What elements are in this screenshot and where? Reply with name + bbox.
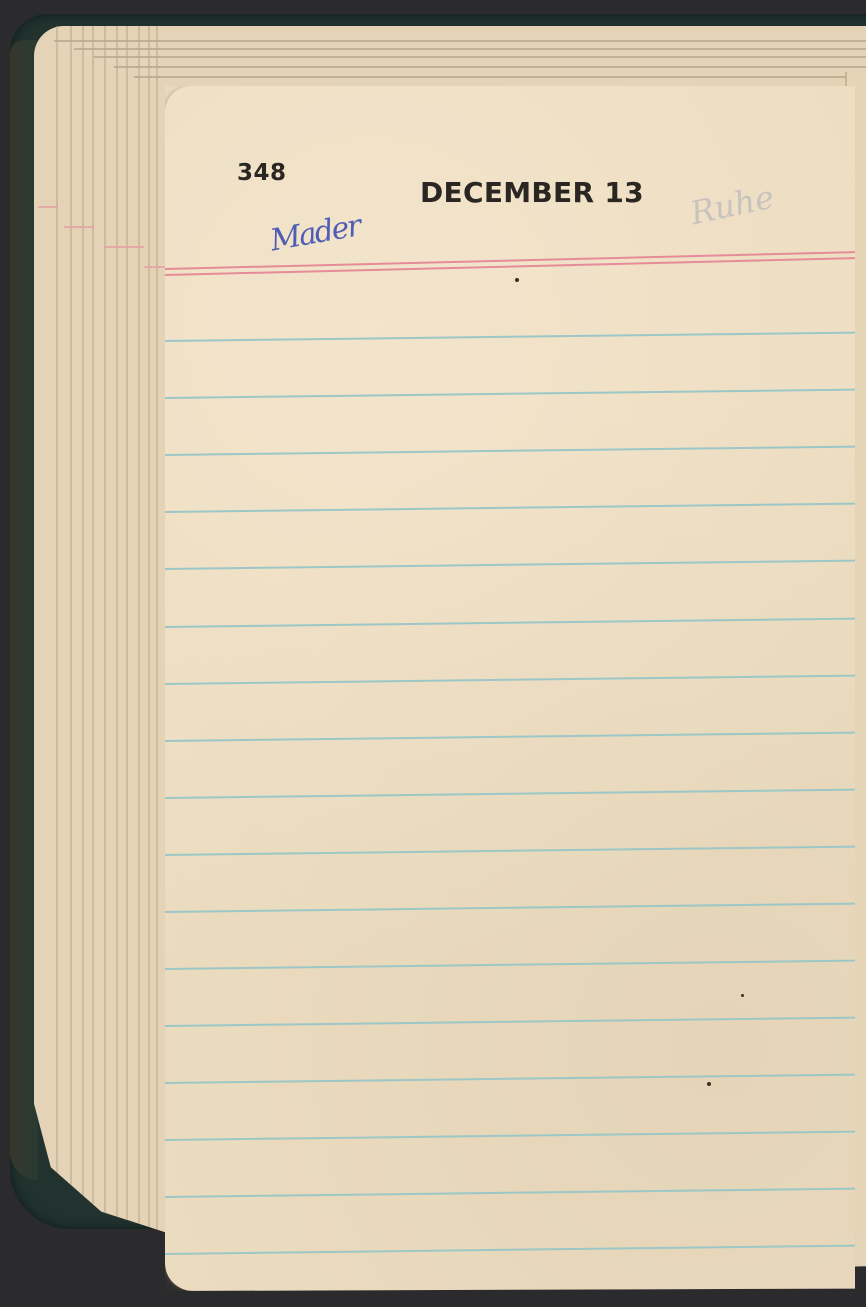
stack-edge-line	[92, 26, 94, 1294]
ink-speck	[515, 278, 519, 282]
stack-edge-line	[134, 76, 866, 78]
ink-speck	[741, 994, 744, 997]
stack-edge-line	[126, 26, 128, 1294]
stack-edge-line	[82, 26, 84, 1294]
stack-edge-line	[94, 56, 866, 58]
date-heading: DECEMBER 13	[420, 176, 644, 209]
stack-edge-line	[56, 26, 58, 1294]
stack-red-rule	[104, 246, 144, 248]
stack-edge-line	[116, 26, 118, 1294]
stack-edge-line	[148, 26, 150, 1294]
cover-spine	[10, 40, 38, 1180]
stack-red-rule	[64, 226, 94, 228]
stack-edge-line	[74, 48, 866, 50]
page-number: 348	[237, 160, 287, 186]
stack-edge-line	[104, 26, 106, 1294]
stack-edge-line	[138, 26, 140, 1294]
stack-edge-line	[54, 40, 866, 42]
stack-edge-line	[70, 26, 72, 1294]
stack-edge-line	[114, 66, 866, 68]
ink-speck	[707, 1082, 711, 1086]
diary-page: 348 DECEMBER 13 Mader Ruhe	[165, 86, 855, 1291]
stack-edge-line	[156, 26, 158, 1294]
stack-red-rule	[38, 206, 58, 208]
